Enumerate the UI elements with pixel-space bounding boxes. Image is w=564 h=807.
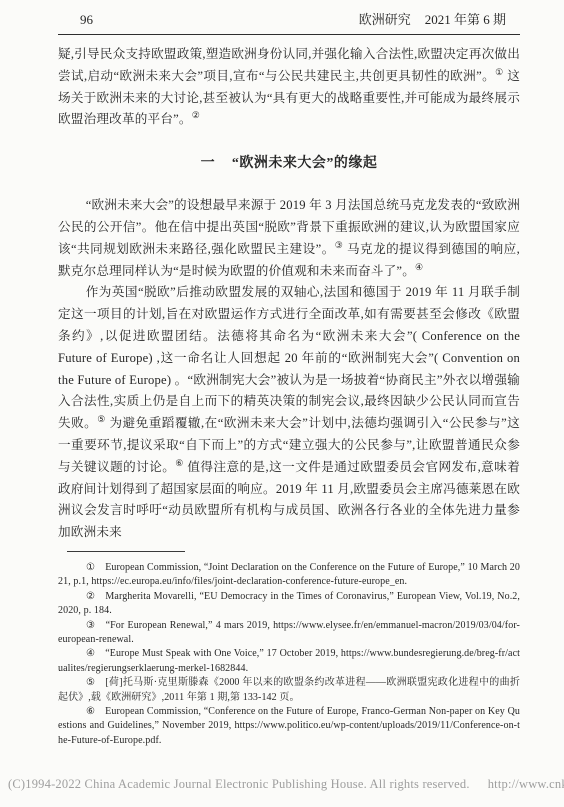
journal-header: 欧洲研究2021 年第 6 期 — [359, 9, 506, 28]
footnote-marker: ① — [86, 562, 95, 573]
copyright-text: (C)1994-2022 China Academic Journal Elec… — [8, 777, 470, 791]
footnote-marker: ④ — [86, 648, 95, 659]
footnotes-section: ①European Commission, “Joint Declaration… — [58, 551, 520, 748]
page-header: 96 欧洲研究2021 年第 6 期 — [58, 0, 520, 35]
footnote-text: European Commission, “Joint Declaration … — [58, 562, 520, 587]
body-paragraph: 作为英国“脱欧”后推动欧盟发展的双轴心,法国和德国于 2019 年 11 月联手… — [58, 282, 520, 544]
footnote-item: ⑥European Commission, “Conference on the… — [58, 705, 520, 748]
body-paragraph: “欧洲未来大会”的设想最早来源于 2019 年 3 月法国总统马克龙发表的“致欧… — [58, 195, 520, 282]
footnote-separator — [67, 551, 185, 552]
footnote-item: ①European Commission, “Joint Declaration… — [58, 561, 520, 590]
section-number: 一 — [201, 156, 216, 171]
body-paragraph-continuation: 疑,引导民众支持欧盟政策,塑造欧洲身份认同,并强化输入合法性,欧盟决定再次做出尝… — [58, 44, 520, 131]
section-title: “欧洲未来大会”的缘起 — [232, 156, 378, 171]
footnote-item: ③“For European Renewal,” 4 mars 2019, ht… — [58, 619, 520, 648]
article-body: 疑,引导民众支持欧盟政策,塑造欧洲身份认同,并强化输入合法性,欧盟决定再次做出尝… — [58, 44, 520, 544]
footnote-marker: ⑤ — [86, 677, 95, 688]
journal-title: 欧洲研究 — [359, 12, 411, 27]
journal-issue: 2021 年第 6 期 — [425, 12, 506, 27]
footnote-text: “For European Renewal,” 4 mars 2019, htt… — [58, 620, 520, 645]
footnote-text: “Europe Must Speak with One Voice,” 17 O… — [58, 648, 520, 673]
footnote-marker: ⑥ — [86, 706, 95, 717]
page-number: 96 — [80, 12, 93, 28]
footnote-marker: ② — [86, 591, 95, 602]
footnote-text: European Commission, “Conference on the … — [58, 706, 520, 746]
footnote-text: [荷]托马斯·克里斯滕森《2000 年以来的欧盟条约改革进程——欧洲联盟宪政化进… — [58, 677, 520, 702]
journal-page: 96 欧洲研究2021 年第 6 期 疑,引导民众支持欧盟政策,塑造欧洲身份认同… — [58, 0, 520, 748]
footnote-item: ⑤[荷]托马斯·克里斯滕森《2000 年以来的欧盟条约改革进程——欧洲联盟宪政化… — [58, 676, 520, 705]
cnki-url: http://www.cnki.n — [488, 777, 564, 791]
copyright-bar: (C)1994-2022 China Academic Journal Elec… — [8, 777, 564, 792]
footnote-text: Margherita Movarelli, “EU Democracy in t… — [58, 591, 520, 616]
section-heading: 一“欧洲未来大会”的缘起 — [58, 152, 520, 172]
footnote-item: ②Margherita Movarelli, “EU Democracy in … — [58, 590, 520, 619]
footnote-marker: ③ — [86, 620, 96, 631]
footnote-item: ④“Europe Must Speak with One Voice,” 17 … — [58, 647, 520, 676]
